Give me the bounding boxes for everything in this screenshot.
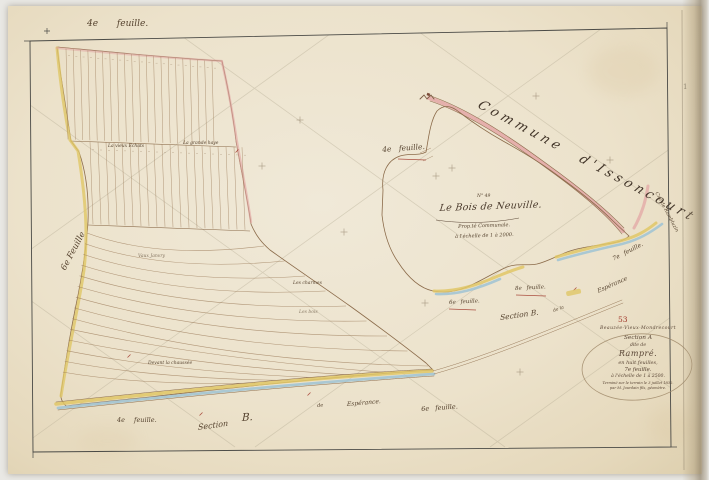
grid-cross-marks <box>259 93 614 376</box>
parcel-strips-top-zone <box>66 49 214 145</box>
cartouche-section-line: Section A <box>578 335 698 343</box>
red-sheet-number: 53 <box>618 316 628 324</box>
left-section-colored-edges <box>57 48 251 396</box>
title-cartouche: Beauzée-Vieux-Mondrecourt Section A dite… <box>578 326 698 391</box>
parcel-strips-fan-zone <box>63 233 428 383</box>
lieu-dit-label: Vaux Janvry <box>138 255 165 260</box>
parcel-strips-mid-zone <box>90 142 245 230</box>
section-internal-boundaries <box>70 141 250 231</box>
map-linework <box>0 0 709 480</box>
cartouche-sheets-line: en huit feuilles, <box>578 360 698 367</box>
lieu-dit-label: Devant la chaussée <box>148 362 192 367</box>
margin-cross-mark <box>44 28 50 34</box>
cartouche-commune-line: Beauzée-Vieux-Mondrecourt <box>578 326 698 332</box>
rose-right-edge-band <box>222 62 251 222</box>
lieu-dit-label: Les bois <box>299 311 318 316</box>
parcel-number-marks <box>68 56 246 155</box>
sheet-ref-top-left: 4e feuille. <box>87 20 148 29</box>
lieu-dit-label: La grande haye <box>183 142 218 147</box>
cartouche-sheet-line: 7e feuille. <box>578 367 698 374</box>
cartouche-note-line2: par M. Jourdain fils, géomètre. <box>578 386 698 391</box>
neatline-border <box>24 22 677 458</box>
sheet-ref-bottom-left: 4e feuille. <box>117 417 157 424</box>
rose-top-edge-band <box>57 48 222 61</box>
page-fold-line <box>682 10 684 470</box>
scanned-cadastral-map: { "map": { "neighbor_commune_label": "Co… <box>0 0 709 480</box>
triangulation-grid-lines <box>30 29 671 447</box>
lieu-dit-label: Les charmes <box>293 282 322 287</box>
lieu-dit-label: La vieux Echats <box>108 145 144 150</box>
section-letter-b: B. <box>242 412 253 424</box>
pencil-mark: 1 <box>683 84 687 91</box>
bois-parcel-number: N° 49 <box>477 195 490 200</box>
cartouche-scale-line: à l'échelle de 1 à 2500. <box>578 374 698 380</box>
de-bottom-label: de <box>317 404 324 409</box>
cartouche-name-line: Rampré. <box>578 349 698 360</box>
yellow-parcel-blob <box>566 288 582 296</box>
